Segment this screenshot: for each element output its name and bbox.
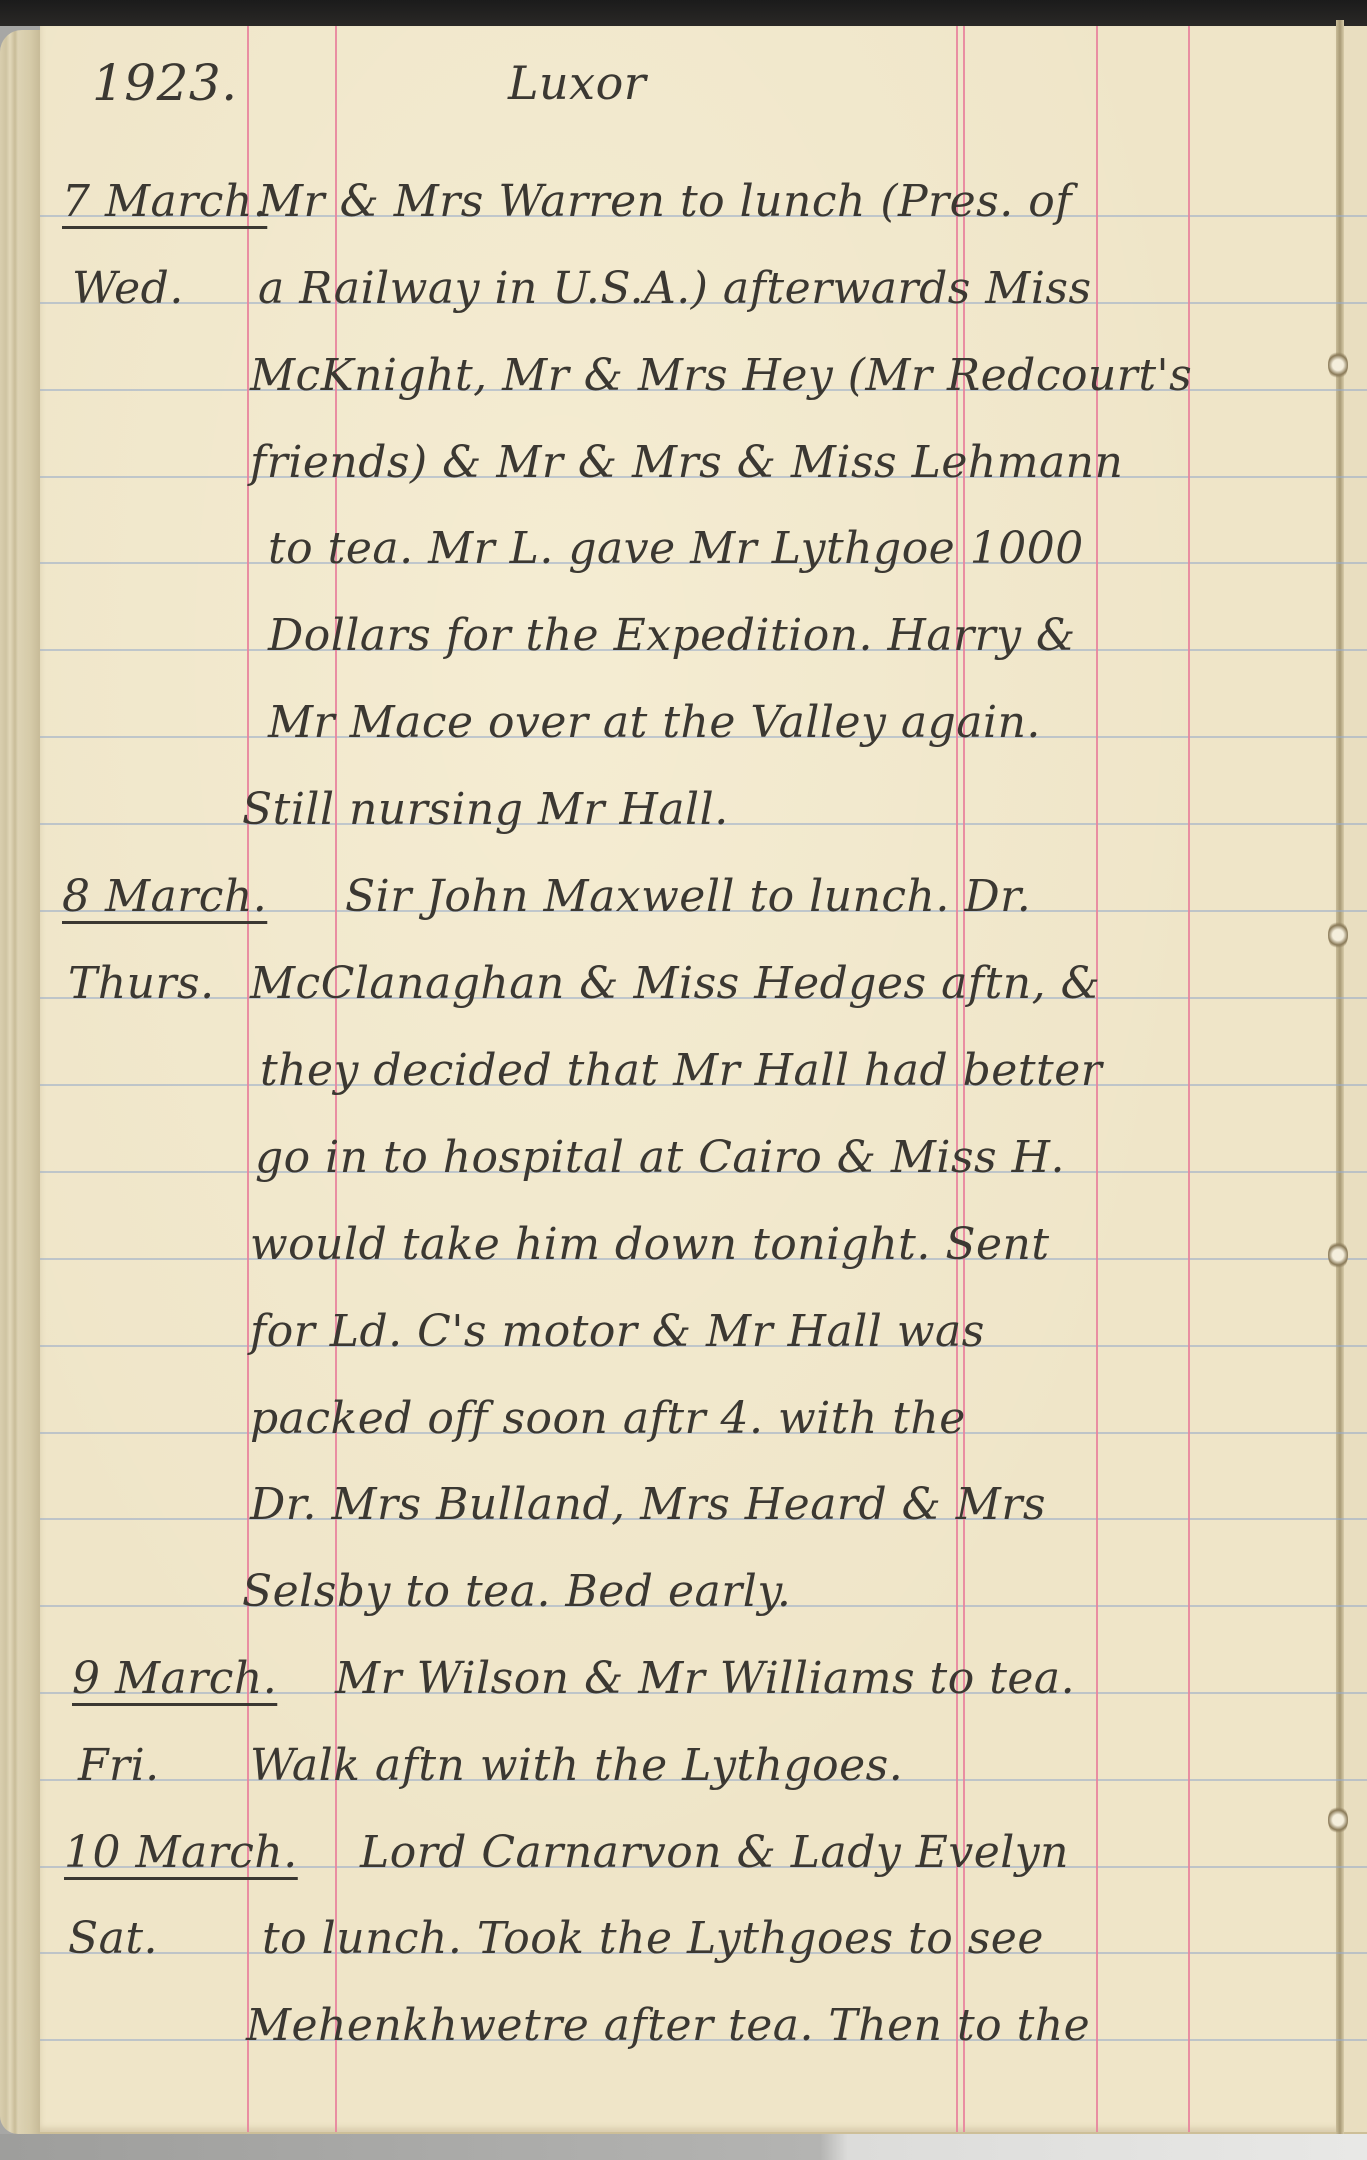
entry-line: would take him down tonight. Sent — [250, 1223, 1050, 1267]
entry-line: Lord Carnarvon & Lady Evelyn — [360, 1831, 1069, 1875]
entry-line: packed off soon aftr 4. with the — [250, 1397, 966, 1441]
entry-line: Mr & Mrs Warren to lunch (Pres. of — [258, 180, 1072, 224]
entry-day: Sat. — [68, 1917, 158, 1961]
entry-line: they decided that Mr Hall had better — [260, 1049, 1102, 1093]
entry-line: Mr Wilson & Mr Williams to tea. — [335, 1657, 1075, 1701]
entry-day: Fri. — [78, 1744, 160, 1788]
entry-line: go in to hospital at Cairo & Miss H. — [255, 1136, 1065, 1180]
entry-line: to lunch. Took the Lythgoes to see — [262, 1917, 1044, 1961]
entry-line: Still nursing Mr Hall. — [242, 788, 729, 832]
binding-hole — [1328, 1240, 1348, 1270]
entry-line: Mr Mace over at the Valley again. — [268, 701, 1041, 745]
entry-line: a Railway in U.S.A.) afterwards Miss — [258, 267, 1092, 311]
scanner-top-edge — [0, 0, 1367, 26]
scanner-bottom-edge — [0, 2134, 1367, 2160]
entry-line: Walk aftn with the Lythgoes. — [250, 1744, 903, 1788]
entry-date: 9 March. — [72, 1657, 277, 1701]
margin-line — [247, 26, 249, 2132]
entry-line: Selsby to tea. Bed early. — [242, 1570, 791, 1614]
entry-line: friends) & Mr & Mrs & Miss Lehmann — [250, 441, 1123, 485]
heading-place: Luxor — [508, 60, 646, 106]
page-stack-edge — [0, 30, 44, 2134]
entry-day: Wed. — [72, 267, 184, 311]
entry-line: to tea. Mr L. gave Mr Lythgoe 1000 — [268, 527, 1084, 571]
entry-date: 10 March. — [64, 1831, 298, 1875]
entry-line: for Ld. C's motor & Mr Hall was — [250, 1310, 985, 1354]
margin-line — [1188, 26, 1190, 2132]
entry-date: 7 March. — [62, 180, 267, 224]
entry-line: Dr. Mrs Bulland, Mrs Heard & Mrs — [250, 1483, 1046, 1527]
binding-hole — [1328, 1805, 1348, 1835]
entry-line: McKnight, Mr & Mrs Hey (Mr Redcourt's — [250, 354, 1192, 398]
entry-date: 8 March. — [62, 875, 267, 919]
entry-line: Dollars for the Expedition. Harry & — [268, 614, 1076, 658]
entry-day: Thurs. — [68, 962, 215, 1006]
entry-line: Sir John Maxwell to lunch. Dr. — [345, 875, 1031, 919]
entry-line: McClanaghan & Miss Hedges aftn, & — [250, 962, 1100, 1006]
heading-year: 1923. — [92, 58, 238, 108]
entry-line: Mehenkhwetre after tea. Then to the — [246, 2004, 1090, 2048]
binding-hole — [1328, 350, 1348, 380]
binding-hole — [1328, 920, 1348, 950]
